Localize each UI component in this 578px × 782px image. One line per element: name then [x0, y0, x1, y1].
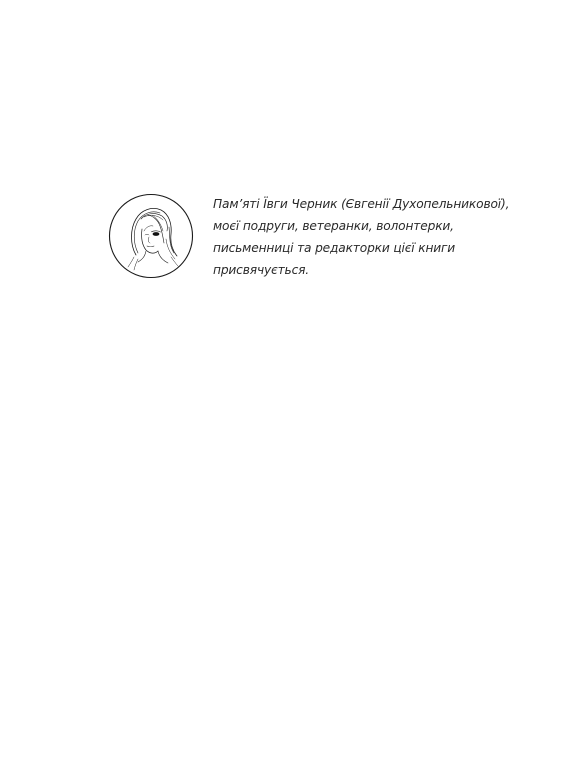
dedication-line-3: письменниці та редакторки цієї книги [213, 237, 543, 259]
dedication-line-2: моєї подруги, ветеранки, волонтерки, [213, 215, 543, 237]
dedication-line-1: Пам’яті Ївги Черник (Євгенії Духопельник… [213, 193, 543, 215]
dedication-text: Пам’яті Ївги Черник (Євгенії Духопельник… [213, 193, 543, 281]
portrait-sketch-icon [108, 193, 194, 279]
dedication-portrait [108, 193, 194, 279]
dedication-line-4: присвячується. [213, 259, 543, 281]
